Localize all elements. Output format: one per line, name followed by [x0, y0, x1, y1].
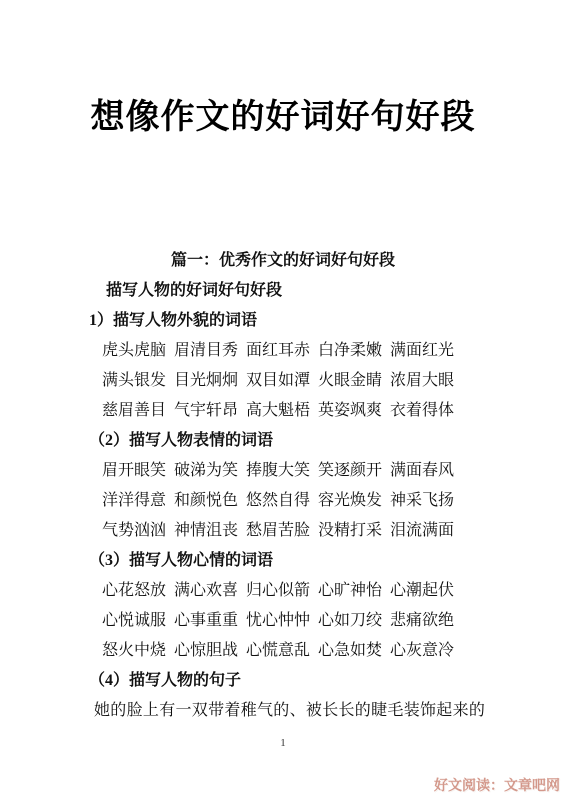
- list-heading-4: （4）描写人物的句子: [0, 666, 566, 696]
- idiom-line: 心悦诚服 心事重重 忧心忡忡 心如刀绞 悲痛欲绝: [0, 606, 566, 636]
- idiom-line: 满头银发 目光炯炯 双目如潭 火眼金睛 浓眉大眼: [0, 366, 566, 396]
- document-body: 篇一：优秀作文的好词好句好段 描写人物的好词好句好段 1）描写人物外貌的词语 虎…: [0, 246, 566, 726]
- idiom-line: 怒火中烧 心惊胆战 心慌意乱 心急如焚 心灰意冷: [0, 636, 566, 666]
- sentence-line: 她的脸上有一双带着稚气的、被长长的睫毛装饰起来的: [0, 696, 566, 726]
- idiom-line: 气势汹汹 神情沮丧 愁眉苦脸 没精打采 泪流满面: [0, 516, 566, 546]
- section-heading-line: 篇一：优秀作文的好词好句好段: [0, 246, 566, 276]
- idiom-line: 慈眉善目 气宇轩昂 高大魁梧 英姿飒爽 衣着得体: [0, 396, 566, 426]
- document-title: 想像作文的好词好句好段: [0, 94, 566, 142]
- list-heading-1: 1）描写人物外貌的词语: [0, 306, 566, 336]
- subtitle-line: 描写人物的好词好句好段: [0, 276, 566, 306]
- idiom-line: 眉开眼笑 破涕为笑 捧腹大笑 笑逐颜开 满面春风: [0, 456, 566, 486]
- page-number: 1: [0, 736, 566, 750]
- idiom-line: 虎头虎脑 眉清目秀 面红耳赤 白净柔嫩 满面红光: [0, 336, 566, 366]
- watermark-text: 好文阅读：文章吧网: [434, 778, 560, 796]
- list-heading-2: （2）描写人物表情的词语: [0, 426, 566, 456]
- document-page: 想像作文的好词好句好段 篇一：优秀作文的好词好句好段 描写人物的好词好句好段 1…: [0, 0, 566, 800]
- list-heading-3: （3）描写人物心情的词语: [0, 546, 566, 576]
- idiom-line: 洋洋得意 和颜悦色 悠然自得 容光焕发 神采飞扬: [0, 486, 566, 516]
- idiom-line: 心花怒放 满心欢喜 归心似箭 心旷神怡 心潮起伏: [0, 576, 566, 606]
